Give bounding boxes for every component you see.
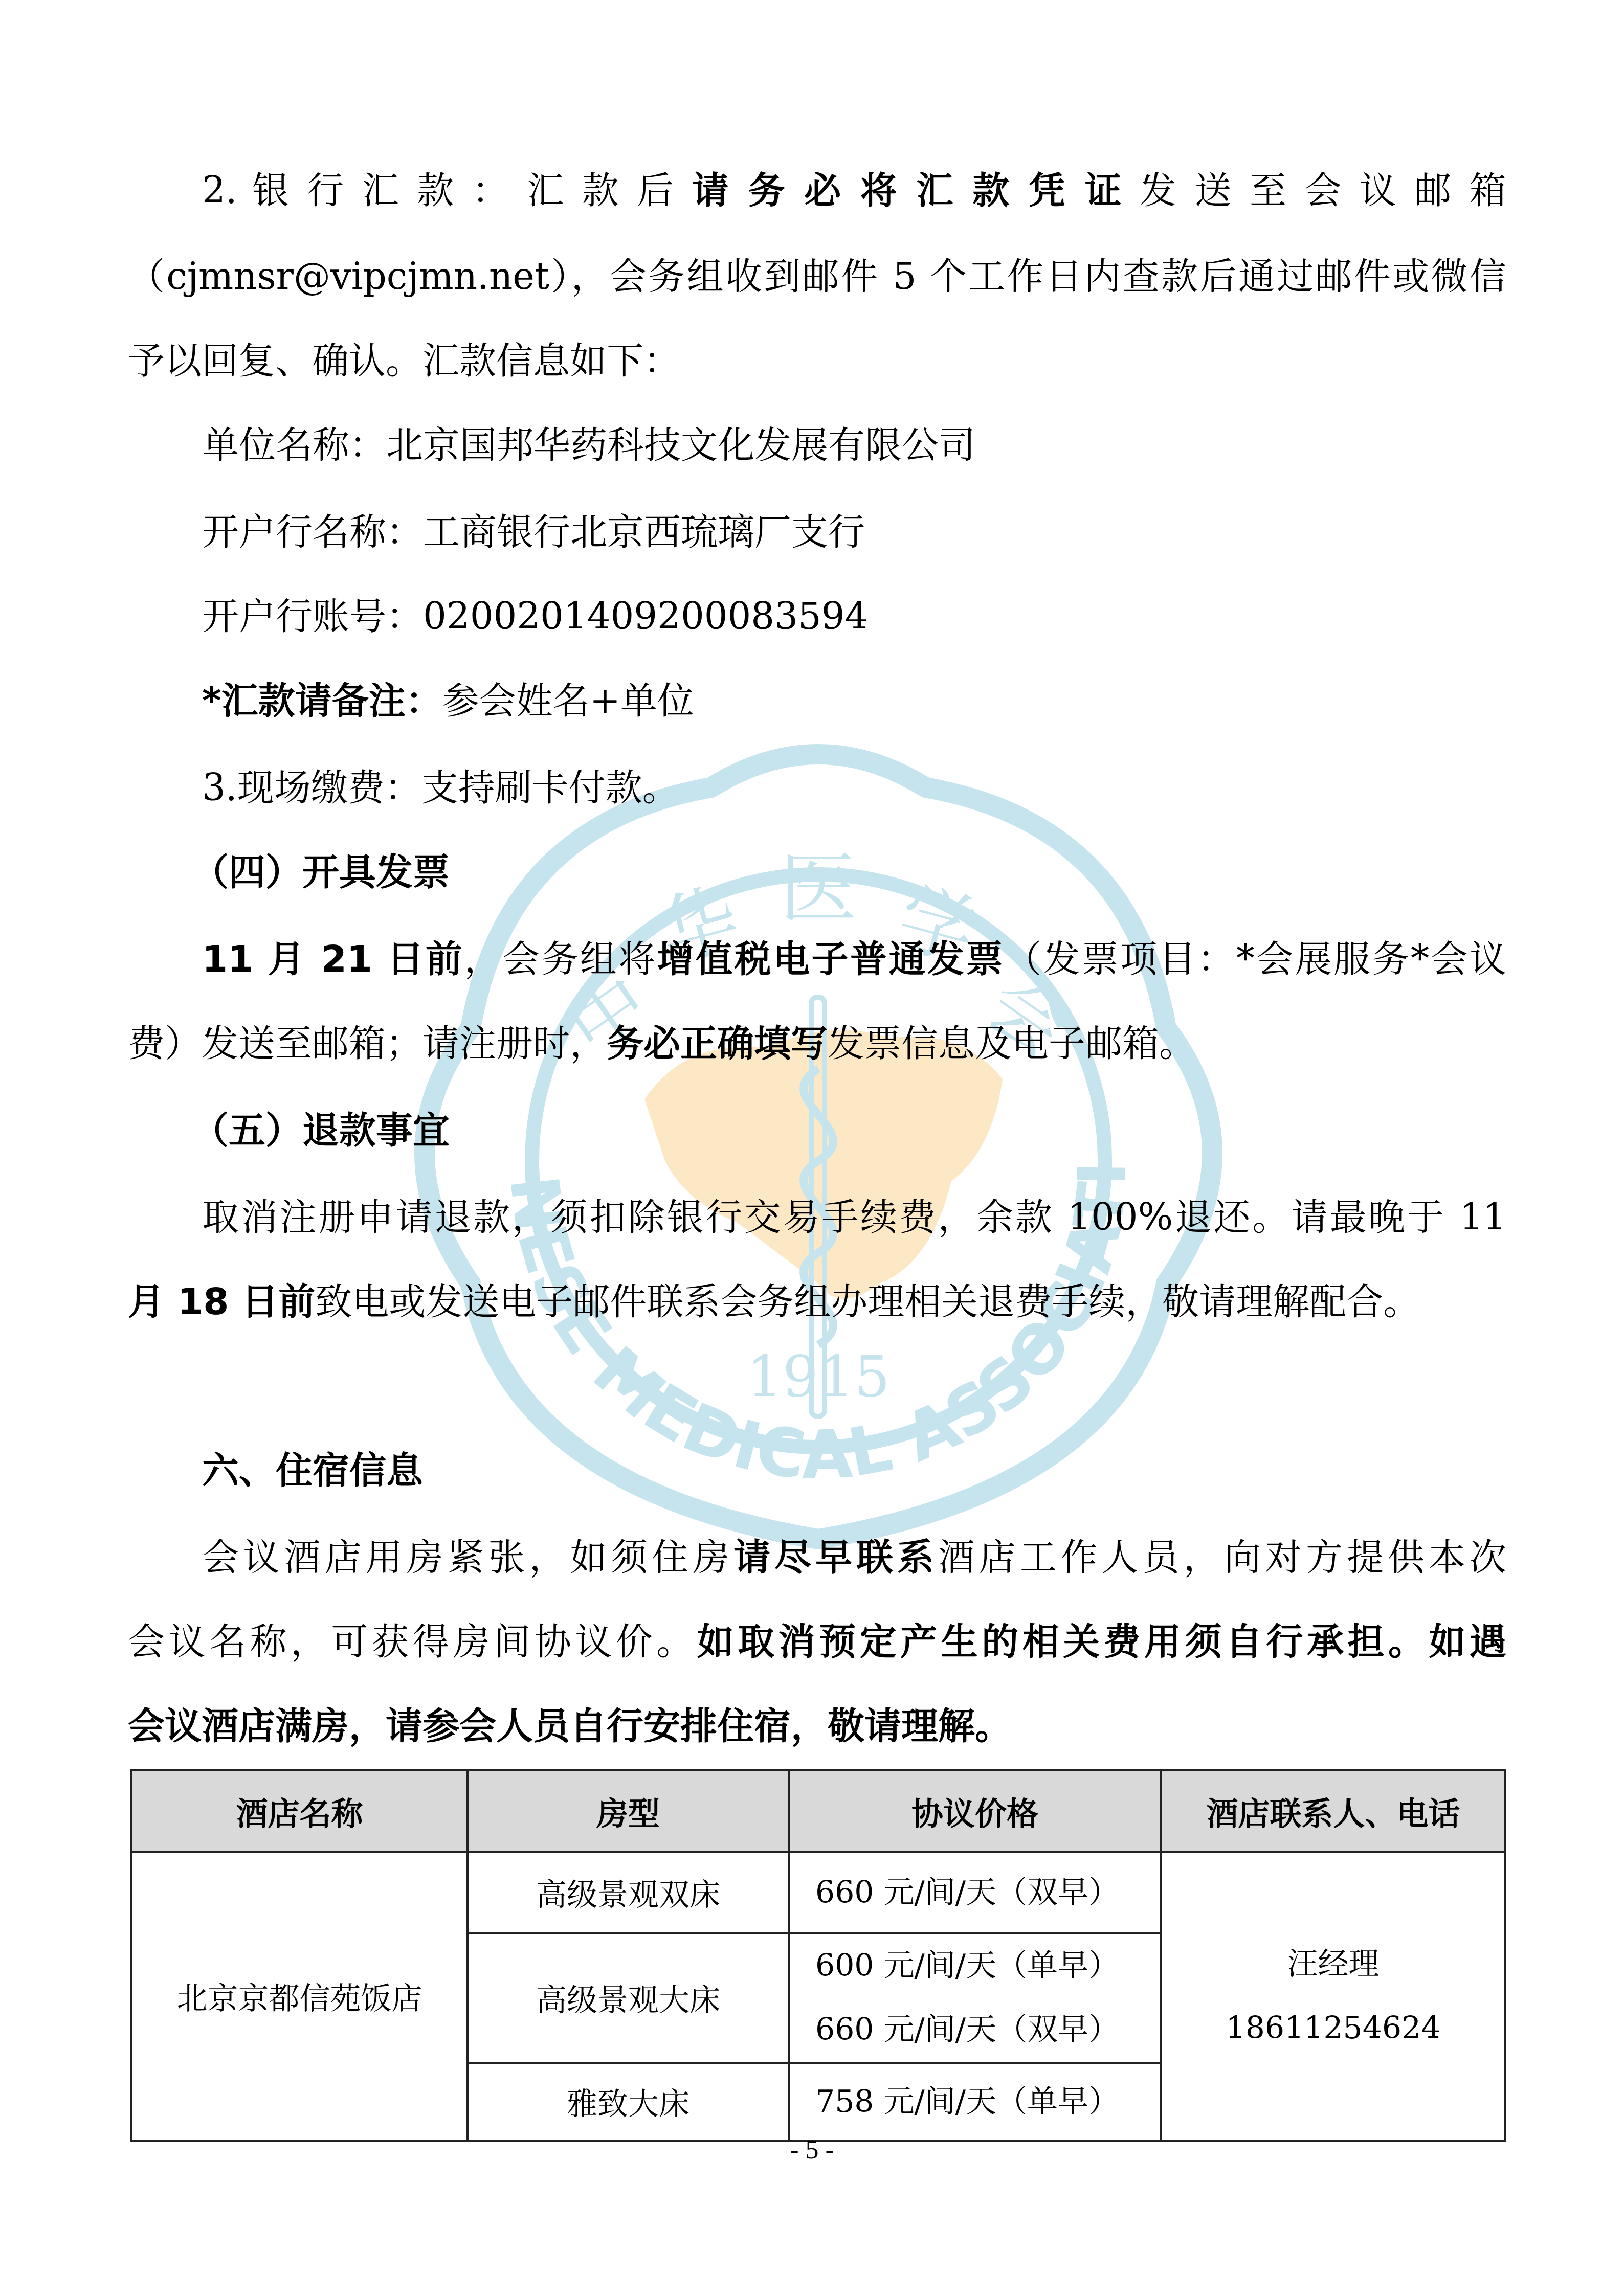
- company-name-row: 单位名称：北京国邦华药科技文化发展有限公司: [202, 414, 1506, 476]
- onsite-payment-line: 3.现场缴费：支持刷卡付款。: [202, 757, 1506, 818]
- header-room-type: 房型: [468, 1770, 789, 1852]
- accommodation-line-2: 会议名称，可获得房间协议价。如取消预定产生的相关费用须自行承担。如遇: [128, 1611, 1506, 1672]
- invoice-line-2: 费）发送至邮箱；请注册时，务必正确填写发票信息及电子邮箱。: [128, 1012, 1506, 1074]
- hotel-name-cell: 北京京都信苑饭店: [131, 1852, 468, 2141]
- bank-transfer-line-1: 2. 银 行 汇 款 ： 汇 款 后 请 务 必 将 汇 款 凭 证 发 送 至…: [202, 160, 1506, 221]
- contact-phone: 18611254624: [1162, 1996, 1504, 2060]
- remittance-remark-row: *汇款请备注：参会姓名+单位: [202, 670, 1506, 731]
- document-page: 中 华 医 学 会 1915 CHINESE MEDICAL ASSOCIATI…: [0, 0, 1624, 2296]
- contact-name: 汪经理: [1162, 1932, 1504, 1996]
- page-number: - 5 -: [0, 2135, 1624, 2165]
- accommodation-line-1: 会议酒店用房紧张，如须住房请尽早联系酒店工作人员，向对方提供本次: [202, 1526, 1506, 1588]
- bank-name-row: 开户行名称：工商银行北京西琉璃厂支行: [202, 501, 1506, 562]
- bank-name-value: 工商银行北京西琉璃厂支行: [423, 510, 865, 553]
- room-type-cell: 雅致大床: [468, 2063, 789, 2141]
- refund-line-2: 月 18 日前致电或发送电子邮件联系会务组办理相关退费手续，敬请理解配合。: [128, 1271, 1506, 1332]
- header-hotel-name: 酒店名称: [131, 1770, 468, 1852]
- remittance-remark-label: *汇款请备注：: [202, 679, 442, 722]
- hotel-table: 酒店名称 房型 协议价格 酒店联系人、电话 北京京都信苑饭店 高级景观双床 66…: [130, 1769, 1506, 2142]
- company-name-value: 北京国邦华药科技文化发展有限公司: [386, 423, 975, 466]
- refund-line-1: 取消注册申请退款，须扣除银行交易手续费，余款 100%退还。请最晚于 11: [202, 1186, 1506, 1248]
- price-cell: 758 元/间/天（单早）: [789, 2063, 1161, 2141]
- price-cell: 600 元/间/天（单早） 660 元/间/天（双早）: [789, 1933, 1161, 2063]
- bank-transfer-line-2: （cjmnsr@vipcjmn.net），会务组收到邮件 5 个工作日内查款后通…: [128, 245, 1506, 307]
- header-contact: 酒店联系人、电话: [1161, 1770, 1505, 1852]
- bank-name-label: 开户行名称：: [202, 510, 423, 553]
- refund-heading: （五）退款事宜: [192, 1099, 1496, 1161]
- room-type-cell: 高级景观双床: [468, 1852, 789, 1933]
- account-number-label: 开户行账号：: [202, 595, 423, 638]
- accommodation-heading: 六、住宿信息: [202, 1439, 1506, 1501]
- header-agreed-price: 协议价格: [789, 1770, 1161, 1852]
- contact-cell: 汪经理 18611254624: [1161, 1852, 1505, 2141]
- room-type-cell: 高级景观大床: [468, 1933, 789, 2063]
- svg-text:1915: 1915: [747, 1344, 890, 1409]
- account-number-row: 开户行账号：0200201409200083594: [202, 586, 1506, 647]
- price-cell: 660 元/间/天（双早）: [789, 1852, 1161, 1933]
- table-row: 北京京都信苑饭店 高级景观双床 660 元/间/天（双早） 汪经理 186112…: [131, 1852, 1505, 1933]
- bank-transfer-line-3: 予以回复、确认。汇款信息如下：: [128, 330, 1506, 391]
- company-name-label: 单位名称：: [202, 423, 386, 466]
- remittance-remark-value: 参会姓名+单位: [442, 679, 694, 722]
- accommodation-line-3: 会议酒店满房，请参会人员自行安排住宿，敬请理解。: [128, 1695, 1506, 1757]
- invoice-heading: （四）开具发票: [192, 841, 1496, 903]
- hotel-table-header-row: 酒店名称 房型 协议价格 酒店联系人、电话: [131, 1770, 1505, 1852]
- invoice-line-1: 11 月 21 日前，会务组将增值税电子普通发票（发票项目：*会展服务*会议: [202, 928, 1506, 989]
- account-number-value: 0200201409200083594: [423, 595, 868, 638]
